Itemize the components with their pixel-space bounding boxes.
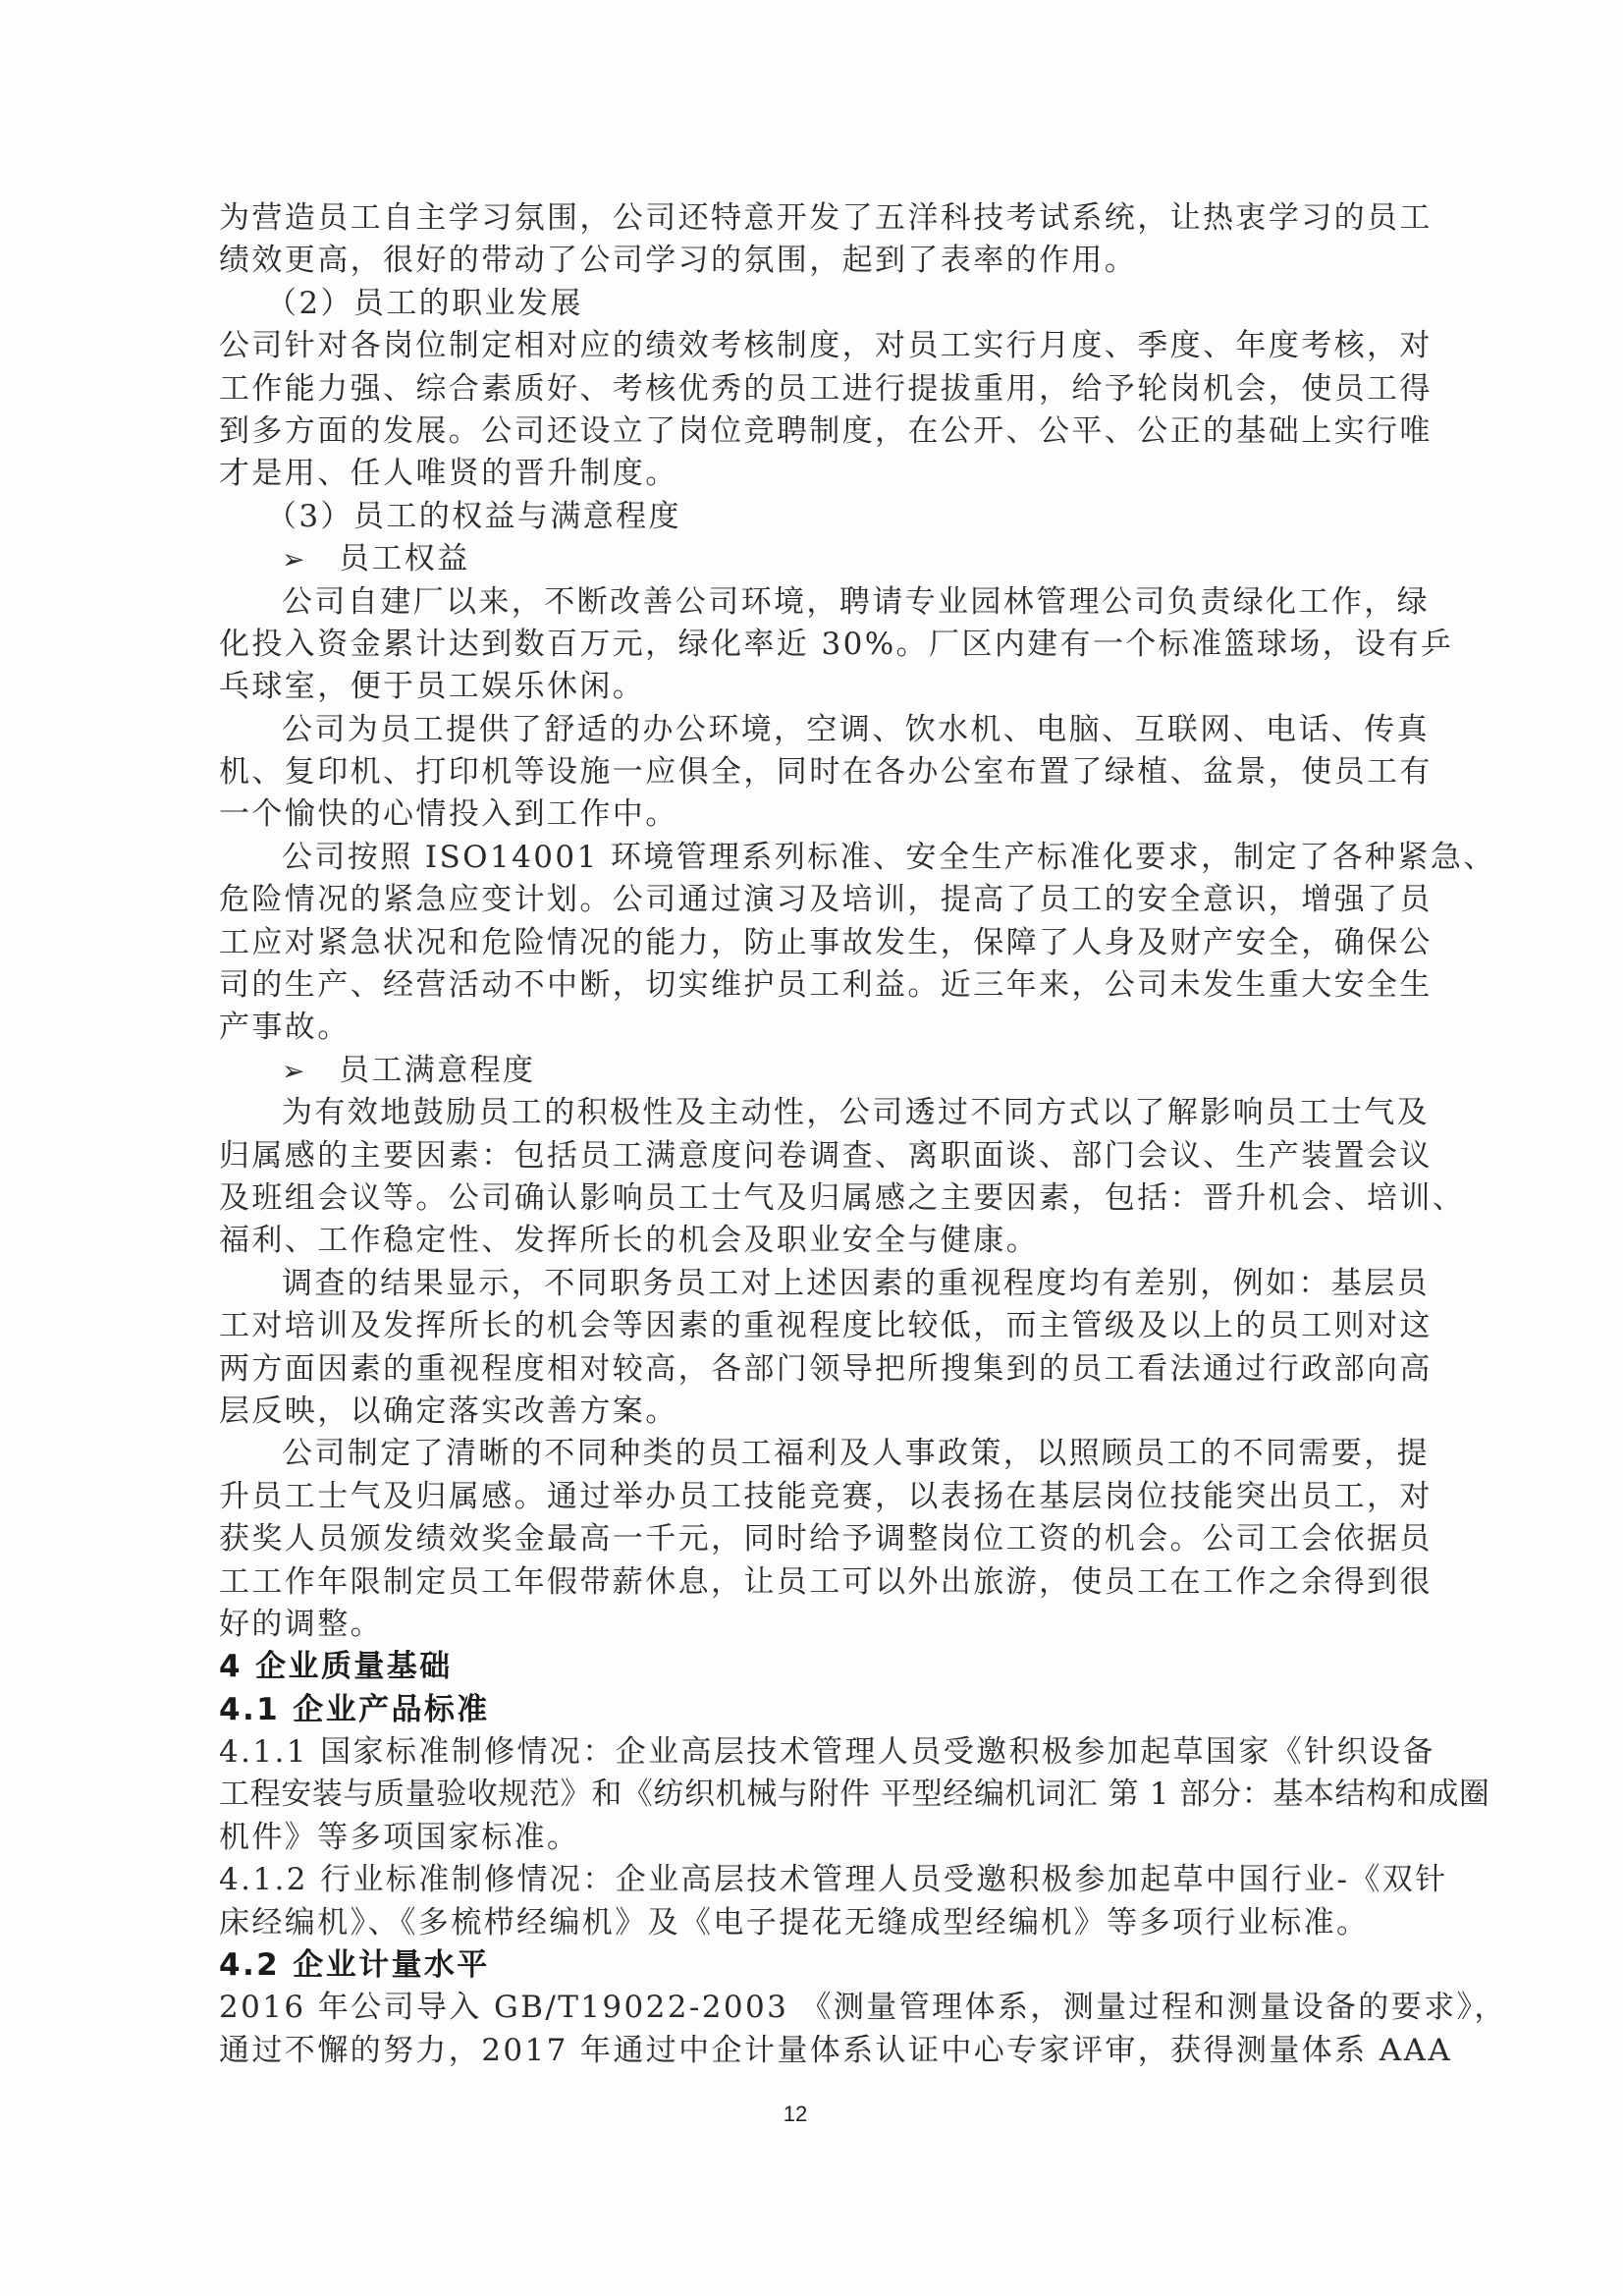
section-heading: 4.2 企业计量水平 (219, 1944, 1413, 1987)
page-number: 12 (776, 2102, 815, 2127)
text-line: 升员工士气及归属感。通过举办员工技能竞赛，以表扬在基层岗位技能突出员工，对 (219, 1476, 1413, 1518)
text-line: 工程安装与质量验收规范》和《纺织机械与附件 平型经编机词汇 第 1 部分：基本结… (219, 1774, 1413, 1816)
paragraph-start: 调查的结果显示，不同职务员工对上述因素的重视程度均有差别，例如：基层员 (219, 1263, 1413, 1305)
arrow-bullet-icon: ➢ (282, 1050, 339, 1092)
text-line: 床经编机》、《多梳栉经编机》及《电子提花无缝成型经编机》等多项行业标准。 (219, 1902, 1413, 1944)
text-line: 福利、工作稳定性、发挥所长的机会及职业安全与健康。 (219, 1220, 1413, 1262)
subsection-title: （2）员工的职业发展 (219, 283, 1413, 325)
text-line: 工应对紧急状况和危险情况的能力，防止事故发生，保障了人身及财产安全，确保公 (219, 922, 1413, 964)
section-heading: 4.1 企业产品标准 (219, 1689, 1413, 1731)
text-line: 一个愉快的心情投入到工作中。 (219, 793, 1413, 836)
text-line: 工作能力强、综合素质好、考核优秀的员工进行提拔重用，给予轮岗机会，使员工得 (219, 368, 1413, 410)
document-page: 为营造员工自主学习氛围，公司还特意开发了五洋科技考试系统，让热衷学习的员工 绩效… (219, 197, 1413, 2072)
bullet-item: ➢员工权益 (219, 538, 1413, 580)
text-line: 4.1.1 国家标准制修情况：企业高层技术管理人员受邀积极参加起草国家《针织设备 (219, 1731, 1413, 1774)
text-line: 机、复印机、打印机等设施一应俱全，同时在各办公室布置了绿植、盆景，使员工有 (219, 751, 1413, 793)
text-line: 机件》等多项国家标准。 (219, 1817, 1413, 1859)
text-line: 公司针对各岗位制定相对应的绩效考核制度，对员工实行月度、季度、年度考核，对 (219, 325, 1413, 367)
text-line: 绩效更高，很好的带动了公司学习的氛围，起到了表率的作用。 (219, 240, 1413, 282)
text-line: 获奖人员颁发绩效奖金最高一千元，同时给予调整岗位工资的机会。公司工会依据员 (219, 1518, 1413, 1560)
paragraph-start: 公司为员工提供了舒适的办公环境，空调、饮水机、电脑、互联网、电话、传真 (219, 709, 1413, 751)
text-line: 危险情况的紧急应变计划。公司通过演习及培训，提高了员工的安全意识，增强了员 (219, 879, 1413, 921)
paragraph-start: 公司制定了清晰的不同种类的员工福利及人事政策，以照顾员工的不同需要，提 (219, 1433, 1413, 1475)
text-line: 4.1.2 行业标准制修情况：企业高层技术管理人员受邀积极参加起草中国行业-《双… (219, 1859, 1413, 1901)
text-line: 层反映，以确定落实改善方案。 (219, 1391, 1413, 1433)
text-line: 好的调整。 (219, 1604, 1413, 1646)
text-line: 工对培训及发挥所长的机会等因素的重视程度比较低，而主管级及以上的员工则对这 (219, 1305, 1413, 1347)
text-line: 2016 年公司导入 GB/T19022-2003 《测量管理体系，测量过程和测… (219, 1987, 1413, 2029)
text-line: 到多方面的发展。公司还设立了岗位竞聘制度，在公开、公平、公正的基础上实行唯 (219, 410, 1413, 453)
paragraph-start: 公司按照 ISO14001 环境管理系列标准、安全生产标准化要求，制定了各种紧急… (219, 837, 1413, 879)
text-line: 司的生产、经营活动不中断，切实维护员工利益。近三年来，公司未发生重大安全生 (219, 964, 1413, 1007)
text-line: 才是用、任人唯贤的晋升制度。 (219, 453, 1413, 495)
text-line: 工工作年限制定员工年假带薪休息，让员工可以外出旅游，使员工在工作之余得到很 (219, 1561, 1413, 1604)
text-line: 为营造员工自主学习氛围，公司还特意开发了五洋科技考试系统，让热衷学习的员工 (219, 197, 1413, 240)
section-heading: 4 企业质量基础 (219, 1646, 1413, 1688)
bullet-label: 员工权益 (339, 541, 470, 576)
text-line: 通过不懈的努力，2017 年通过中企计量体系认证中心专家评审，获得测量体系 AA… (219, 2030, 1413, 2072)
bullet-item: ➢员工满意程度 (219, 1050, 1413, 1092)
bullet-label: 员工满意程度 (339, 1053, 535, 1088)
text-line: 乓球室，便于员工娱乐休闲。 (219, 666, 1413, 708)
arrow-bullet-icon: ➢ (282, 538, 339, 580)
paragraph-start: 为有效地鼓励员工的积极性及主动性，公司透过不同方式以了解影响员工士气及 (219, 1092, 1413, 1134)
text-line: 化投入资金累计达到数百万元，绿化率近 30%。厂区内建有一个标准篮球场，设有乒 (219, 624, 1413, 666)
text-line: 两方面因素的重视程度相对较高，各部门领导把所搜集到的员工看法通过行政部向高 (219, 1348, 1413, 1391)
text-line: 归属感的主要因素：包括员工满意度问卷调查、离职面谈、部门会议、生产装置会议 (219, 1135, 1413, 1177)
paragraph-start: 公司自建厂以来，不断改善公司环境，聘请专业园林管理公司负责绿化工作，绿 (219, 581, 1413, 624)
text-line: 及班组会议等。公司确认影响员工士气及归属感之主要因素，包括：晋升机会、培训、 (219, 1177, 1413, 1220)
text-line: 产事故。 (219, 1007, 1413, 1049)
subsection-title: （3）员工的权益与满意程度 (219, 496, 1413, 538)
